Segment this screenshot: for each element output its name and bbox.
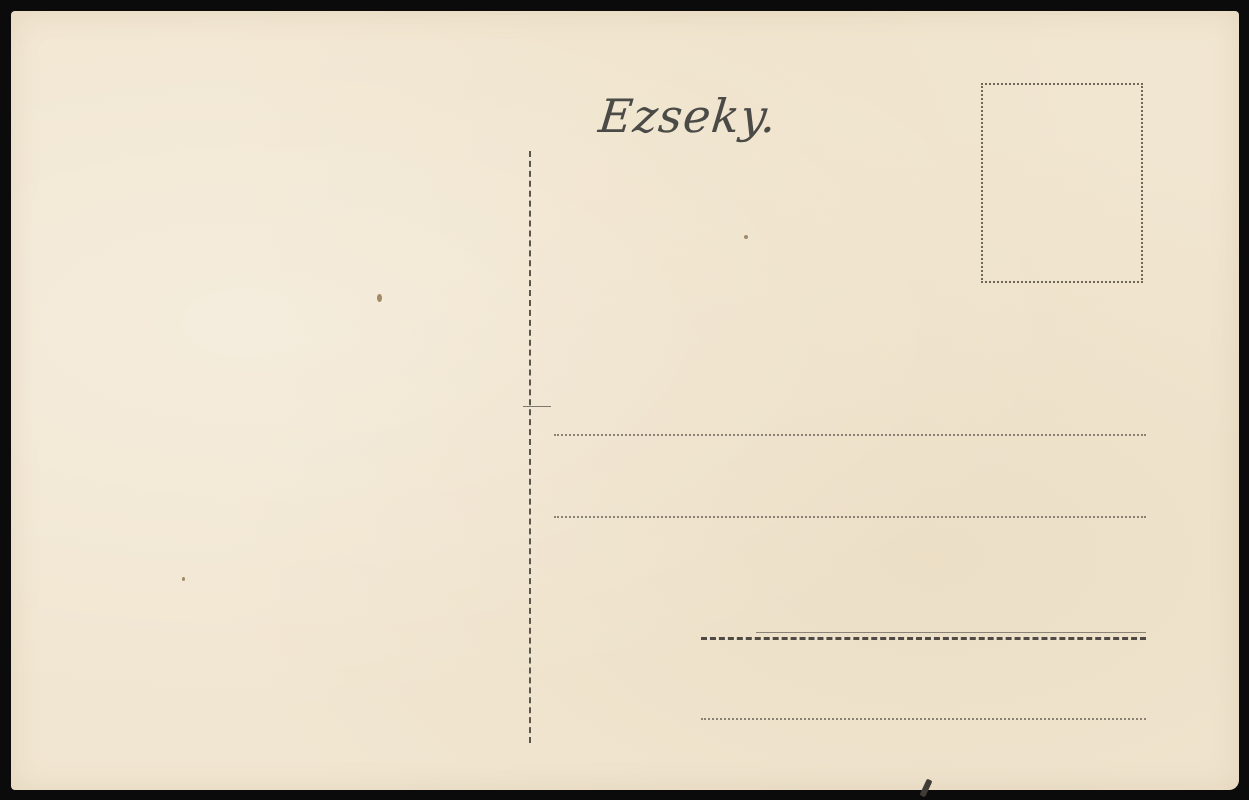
address-line-2 (554, 516, 1146, 518)
handwritten-note: Ezseky. (596, 89, 780, 143)
center-divider (529, 151, 531, 743)
paper-speck (377, 294, 382, 302)
address-line-3-rule (756, 632, 1146, 633)
paper-speck (182, 577, 185, 581)
paper-speck (744, 235, 748, 239)
stamp-box (981, 83, 1143, 283)
divider-tick (523, 406, 551, 407)
address-line-3 (701, 637, 1146, 640)
address-line-1 (554, 434, 1146, 436)
address-line-4 (701, 718, 1146, 720)
postcard-back: Ezseky. (11, 11, 1239, 790)
ink-mark (919, 779, 932, 798)
